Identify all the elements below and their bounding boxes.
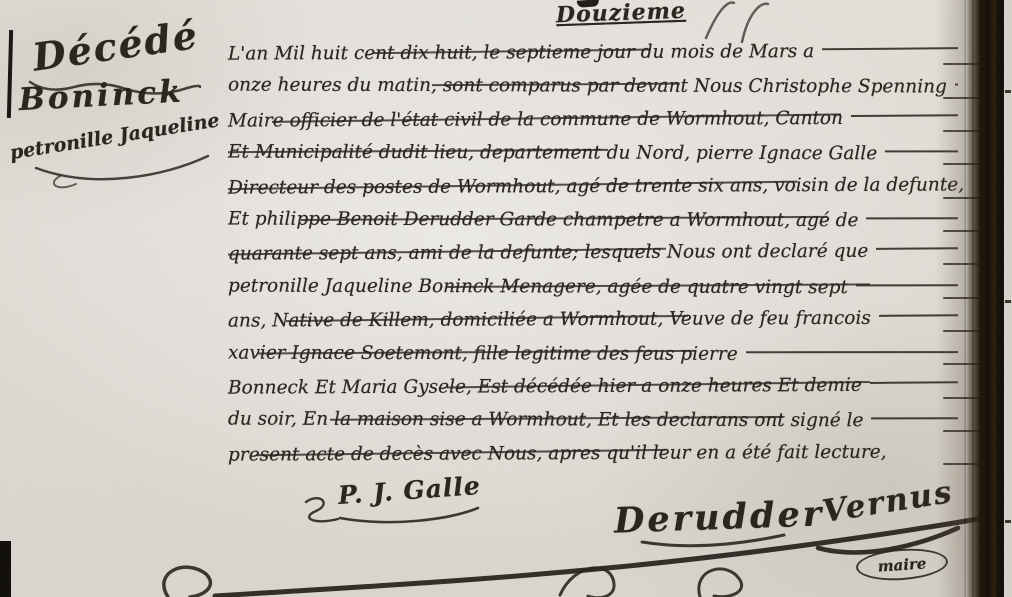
galle-underline <box>340 508 478 522</box>
record-line: Et Municipalité dudit lieu, departement … <box>228 136 958 171</box>
record-line-text: L'an Mil huit cent dix huit, le septieme… <box>228 35 814 71</box>
signature-derudder: Derudder <box>613 493 824 541</box>
margin-note: Décédé Boninck petronille Jaqueline <box>3 16 231 152</box>
scanned-death-record-page: Douzieme Décédé Boninck petronille Jaque… <box>0 0 1012 597</box>
record-line: Maire officier de l'état civil de la com… <box>228 101 958 138</box>
record-line-text: petronille Jaqueline Boninck Menagere, a… <box>228 269 848 304</box>
record-line-text: Directeur des postes de Wormhout, agé de… <box>228 168 964 205</box>
record-line-text: onze heures du matin, sont comparus par … <box>228 69 947 104</box>
record-line: L'an Mil huit cent dix huit, le septieme… <box>228 34 958 71</box>
facing-page-edge <box>1004 0 1012 597</box>
record-line-text: xavier Ignace Soetemont, fille legitime … <box>228 336 738 371</box>
record-line: petronille Jaqueline Boninck Menagere, a… <box>228 269 958 304</box>
book-binding-gutter <box>964 0 1006 597</box>
margin-surname: Boninck <box>18 71 230 118</box>
mayor-title-oval: maire <box>855 546 949 583</box>
record-number-heading: Douzieme <box>556 0 687 28</box>
record-line-text: du soir, En la maison sise a Wormhout, E… <box>228 403 864 438</box>
record-line: Et philippe Benoit Derudder Garde champe… <box>228 202 958 237</box>
record-line-text: Et philippe Benoit Derudder Garde champe… <box>228 202 859 237</box>
mayor-title-label: maire <box>877 554 927 575</box>
record-line-text: Et Municipalité dudit lieu, departement … <box>228 136 877 171</box>
record-line: Directeur des postes de Wormhout, agé de… <box>228 168 958 205</box>
margin-status-label: Décédé <box>30 8 228 80</box>
record-line-text: Maire officier de l'état civil de la com… <box>228 102 843 138</box>
record-line: du soir, En la maison sise a Wormhout, E… <box>228 403 958 438</box>
record-body: L'an Mil huit cent dix huit, le septieme… <box>228 36 958 470</box>
record-line: quarante sept ans, ami de la defunte; le… <box>228 235 958 272</box>
record-line: Bonneck Et Maria Gysele, Est décédée hie… <box>228 368 958 405</box>
heading-flourish <box>706 2 734 38</box>
margin-underline-flourish <box>36 156 208 179</box>
galle-paraph <box>306 498 338 521</box>
record-line-text: ans, Native de Killem, domiciliée a Worm… <box>228 302 871 338</box>
next-entry-capital <box>164 567 211 597</box>
record-line: onze heures du matin, sont comparus par … <box>228 69 958 104</box>
record-line-text: quarante sept ans, ami de la defunte; le… <box>228 235 868 271</box>
record-line: xavier Ignace Soetemont, fille legitime … <box>228 336 958 371</box>
record-line-text: present acte de decès avec Nous, apres q… <box>228 435 887 471</box>
left-edge-shadow-bar <box>0 541 11 597</box>
record-line: ans, Native de Killem, domiciliée a Worm… <box>228 302 958 339</box>
record-line: present acte de decès avec Nous, apres q… <box>228 435 958 472</box>
record-line-text: Bonneck Et Maria Gysele, Est décédée hie… <box>228 369 862 405</box>
signature-galle: P. J. Galle <box>337 471 481 510</box>
